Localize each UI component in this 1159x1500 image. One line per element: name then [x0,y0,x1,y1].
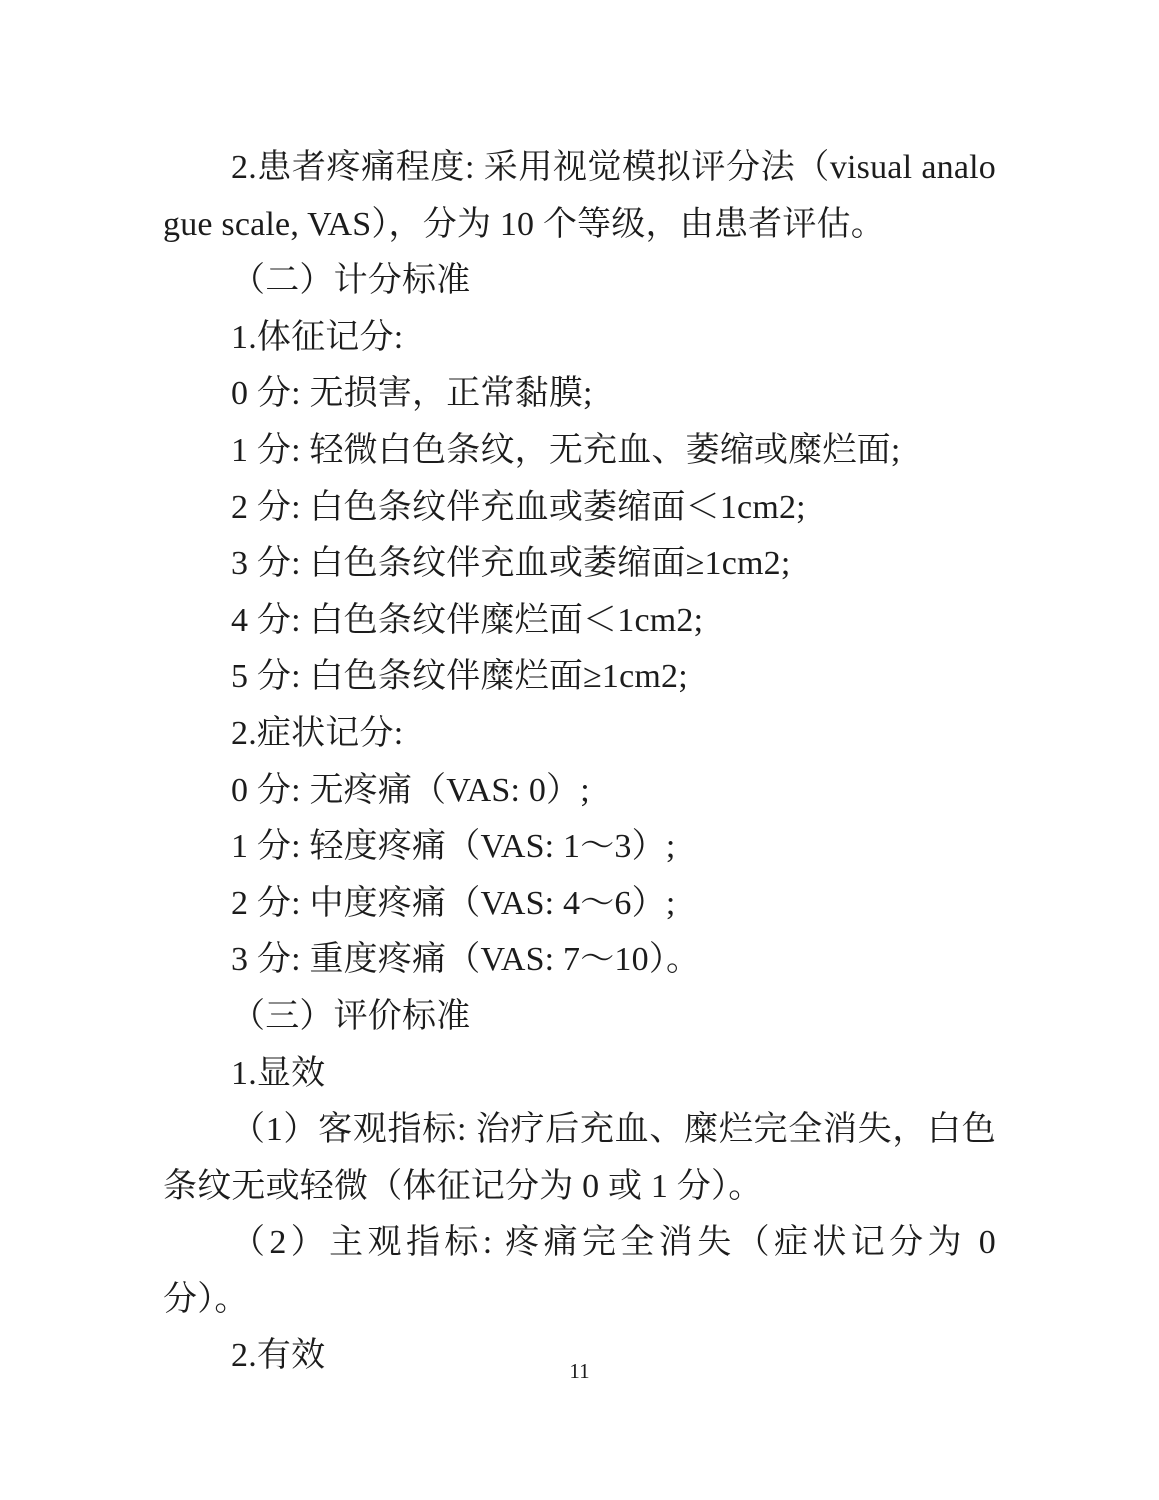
para-symptom-score-title: 2.症状记分: [163,706,996,763]
heading-scoring-standard: （二）计分标准 [163,253,996,310]
heading-evaluation-standard: （三）评价标准 [163,989,996,1046]
para-symptom-score-1: 1 分: 轻度疼痛（VAS: 1～3）; [163,819,996,876]
para-subjective-indicator: （2）主观指标: 疼痛完全消失（症状记分为 0 分）。 [163,1215,996,1328]
para-sign-score-3: 3 分: 白色条纹伴充血或萎缩面≥1cm2; [163,536,996,593]
para-sign-score-1: 1 分: 轻微白色条纹，无充血、萎缩或糜烂面; [163,423,996,480]
para-symptom-score-3: 3 分: 重度疼痛（VAS: 7～10）。 [163,932,996,989]
para-pain-vas-intro: 2.患者疼痛程度: 采用视觉模拟评分法（visual analogue scal… [163,140,996,253]
page-number: 11 [0,1358,1159,1384]
para-sign-score-0: 0 分: 无损害，正常黏膜; [163,366,996,423]
para-sign-score-2: 2 分: 白色条纹伴充血或萎缩面＜1cm2; [163,480,996,537]
para-sign-score-4: 4 分: 白色条纹伴糜烂面＜1cm2; [163,593,996,650]
para-marked-effective-title: 1.显效 [163,1046,996,1103]
para-sign-score-title: 1.体征记分: [163,310,996,367]
document-page: 2.患者疼痛程度: 采用视觉模拟评分法（visual analogue scal… [0,0,1159,1500]
para-symptom-score-0: 0 分: 无疼痛（VAS: 0）; [163,763,996,820]
para-objective-indicator: （1）客观指标: 治疗后充血、糜烂完全消失，白色条纹无或轻微（体征记分为 0 或… [163,1102,996,1215]
para-symptom-score-2: 2 分: 中度疼痛（VAS: 4～6）; [163,876,996,933]
para-sign-score-5: 5 分: 白色条纹伴糜烂面≥1cm2; [163,649,996,706]
document-content: 2.患者疼痛程度: 采用视觉模拟评分法（visual analogue scal… [163,140,996,1385]
